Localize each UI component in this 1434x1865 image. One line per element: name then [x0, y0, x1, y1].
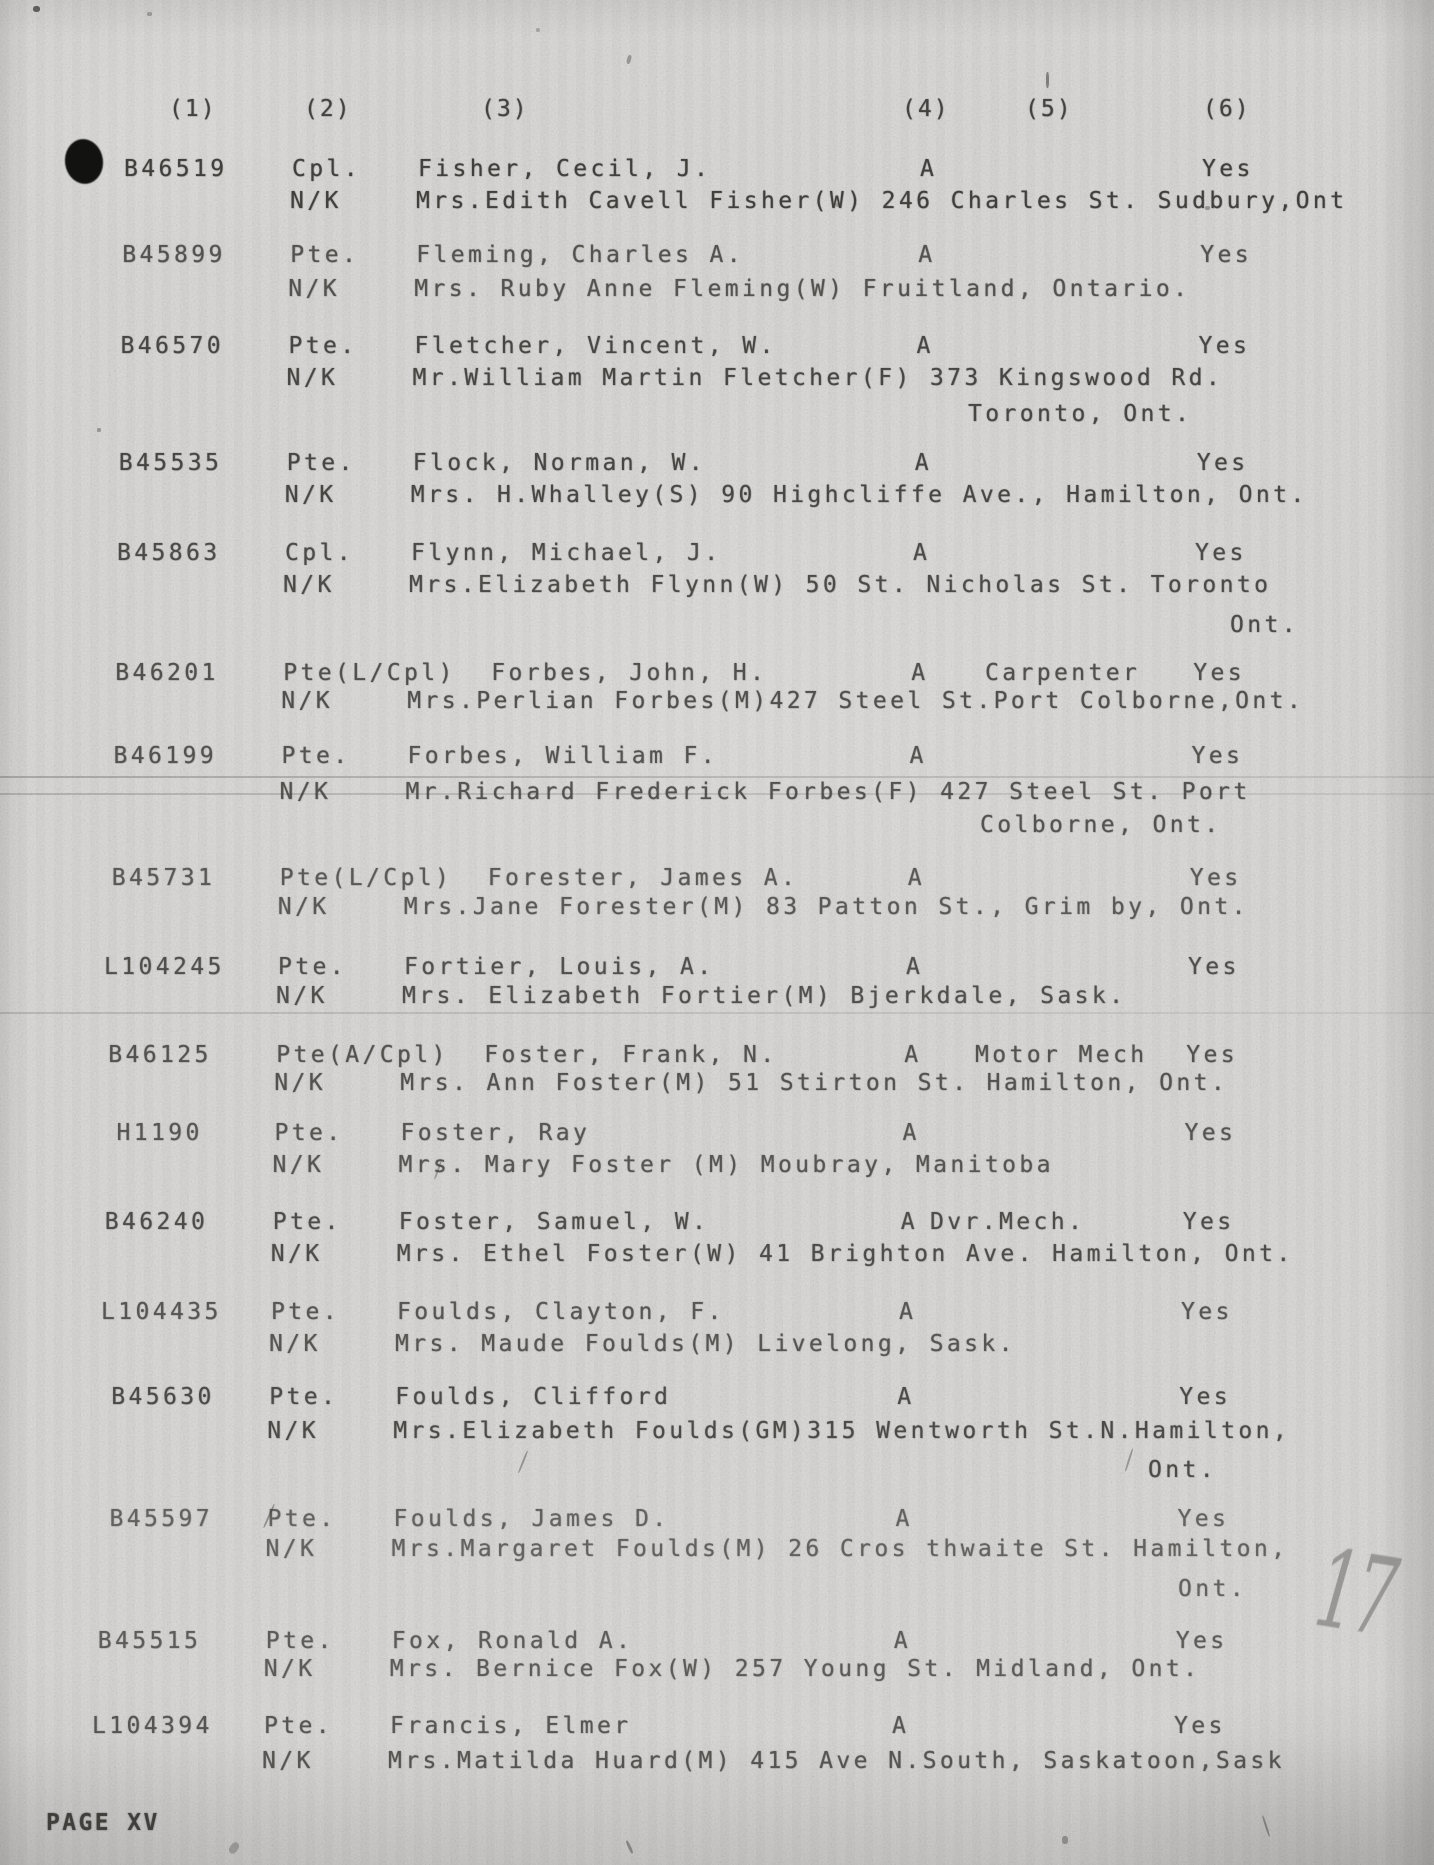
service-number: B45731 — [112, 864, 215, 892]
overseas-flag: Yes — [1176, 1627, 1228, 1655]
next-of-kin: Mrs. Mary Foster (M) Moubray, Manitoba — [399, 1151, 1054, 1179]
nok-label: N/K — [266, 1535, 318, 1563]
nok-label: N/K — [287, 364, 339, 392]
nok-label: N/K — [290, 187, 342, 215]
service-number: L104245 — [104, 953, 225, 981]
soldier-name: Foster, Samuel, W. — [399, 1208, 709, 1236]
service-number: B46201 — [115, 659, 218, 687]
rank: Pte. — [269, 1383, 338, 1411]
category: A — [917, 332, 934, 360]
overseas-flag: Yes — [1178, 1505, 1230, 1533]
service-number: H1190 — [117, 1119, 203, 1147]
rank: Pte. — [289, 332, 358, 360]
address-continuation: Ont. — [1178, 1575, 1247, 1603]
ink-blot-dot — [62, 137, 106, 187]
rank: Pte. — [290, 241, 359, 269]
rank: Pte. — [264, 1712, 333, 1740]
nok-label: N/K — [288, 275, 340, 303]
service-number: B45535 — [119, 449, 222, 477]
rank: Pte. — [266, 1627, 335, 1655]
rank: Pte. — [273, 1208, 342, 1236]
overseas-flag: Yes — [1190, 864, 1242, 892]
next-of-kin: Mrs.Jane Forester(M) 83 Patton St., Grim… — [404, 893, 1249, 921]
nok-label: N/K — [283, 571, 335, 599]
next-of-kin: Mrs. Elizabeth Fortier(M) Bjerkdale, Sas… — [402, 982, 1126, 1010]
nok-label: N/K — [281, 687, 333, 715]
nok-label: N/K — [278, 893, 330, 921]
rank: Pte. — [271, 1298, 340, 1326]
rank: Pte. — [282, 742, 351, 770]
address-continuation: Ont. — [1148, 1456, 1217, 1484]
service-number: B45597 — [110, 1505, 213, 1533]
rank: Pte(A/Cpl) — [276, 1041, 448, 1069]
category: A — [920, 155, 937, 183]
soldier-name: Forester, James A. — [488, 864, 798, 892]
paper-speck — [536, 28, 540, 32]
paper-speck — [625, 1840, 634, 1854]
soldier-name: Foulds, Clayton, F. — [397, 1298, 725, 1326]
service-number: B45515 — [98, 1627, 201, 1655]
nok-label: N/K — [264, 1655, 316, 1683]
category: A — [910, 742, 927, 770]
soldier-name: Foster, Ray — [401, 1119, 591, 1147]
soldier-name: Flynn, Michael, J. — [411, 539, 721, 567]
ruled-line — [0, 1012, 1434, 1014]
next-of-kin: Mr.William Martin Fletcher(F) 373 Kingsw… — [413, 364, 1224, 392]
next-of-kin: Mrs. Ethel Foster(W) 41 Brighton Ave. Ha… — [397, 1240, 1294, 1268]
next-of-kin: Mr.Richard Frederick Forbes(F) 427 Steel… — [406, 778, 1251, 806]
overseas-flag: Yes — [1186, 1041, 1238, 1069]
next-of-kin: Mrs.Elizabeth Foulds(GM)315 Wentworth St… — [393, 1417, 1290, 1445]
service-number: L104435 — [101, 1298, 222, 1326]
overseas-flag: Yes — [1185, 1119, 1237, 1147]
overseas-flag: Yes — [1179, 1383, 1231, 1411]
rank: Cpl. — [285, 539, 354, 567]
soldier-name: Fletcher, Vincent, W. — [415, 332, 777, 360]
paper-speck — [1124, 1448, 1133, 1471]
nok-label: N/K — [271, 1240, 323, 1268]
next-of-kin: Mrs. Ruby Anne Fleming(W) Fruitland, Ont… — [414, 275, 1190, 303]
address-continuation: Toronto, Ont. — [968, 400, 1192, 428]
trade: Carpenter — [985, 659, 1140, 687]
column-header: (5) — [1025, 95, 1073, 123]
category: A — [896, 1505, 913, 1533]
service-number: B46199 — [114, 742, 217, 770]
page-footer-label: PAGE XV — [46, 1810, 160, 1836]
next-of-kin: Mrs.Elizabeth Flynn(W) 50 St. Nicholas S… — [409, 571, 1271, 599]
category: A — [897, 1383, 914, 1411]
soldier-name: Fortier, Louis, A. — [404, 953, 714, 981]
soldier-name: Forbes, William F. — [408, 742, 718, 770]
next-of-kin: Mrs. H.Whalley(S) 90 Highcliffe Ave., Ha… — [411, 481, 1308, 509]
nok-label: N/K — [276, 982, 328, 1010]
nok-label: N/K — [273, 1151, 325, 1179]
category: A — [918, 241, 935, 269]
category: A — [901, 1208, 918, 1236]
rank: Pte(L/Cpl) — [280, 864, 452, 892]
overseas-flag: Yes — [1195, 539, 1247, 567]
soldier-name: Fox, Ronald A. — [392, 1627, 633, 1655]
overseas-flag: Yes — [1197, 449, 1249, 477]
next-of-kin: Mrs. Ann Foster(M) 51 Stirton St. Hamilt… — [400, 1069, 1228, 1097]
next-of-kin: Mrs.Margaret Foulds(M) 26 Cros thwaite S… — [392, 1535, 1289, 1563]
rank: Pte. — [275, 1119, 344, 1147]
overseas-flag: Yes — [1174, 1712, 1226, 1740]
paper-speck — [1062, 1836, 1068, 1844]
column-header: (4) — [902, 95, 950, 123]
category: A — [911, 659, 928, 687]
category: A — [892, 1712, 909, 1740]
address-continuation: Colborne, Ont. — [980, 811, 1221, 839]
nok-label: N/K — [262, 1747, 314, 1775]
service-number: B45899 — [122, 241, 225, 269]
handwritten-page-number: 17 — [1309, 1535, 1400, 1653]
paper-speck — [1262, 1815, 1271, 1837]
soldier-name: Foulds, James D. — [394, 1505, 670, 1533]
address-continuation: Ont. — [1230, 611, 1299, 639]
category: A — [913, 539, 930, 567]
paper-speck — [1046, 72, 1049, 88]
soldier-name: Foster, Frank, N. — [484, 1041, 777, 1069]
soldier-name: Foulds, Clifford — [395, 1383, 671, 1411]
overseas-flag: Yes — [1193, 659, 1245, 687]
rank: Pte. — [278, 953, 347, 981]
nok-label: N/K — [280, 778, 332, 806]
trade: Dvr.Mech. — [930, 1208, 1085, 1236]
nok-label: N/K — [267, 1417, 319, 1445]
soldier-name: Flock, Norman, W. — [413, 449, 706, 477]
service-number: B45863 — [117, 539, 220, 567]
rank: Cpl. — [292, 155, 361, 183]
service-number: B46125 — [108, 1041, 211, 1069]
next-of-kin: Mrs.Perlian Forbes(M)427 Steel St.Port C… — [407, 687, 1304, 715]
category: A — [908, 864, 925, 892]
scanned-document-page: (1)(2)(3)(4)(5)(6) B46519Cpl.Fisher, Cec… — [0, 0, 1434, 1865]
paper-speck — [626, 55, 632, 65]
rank: Pte. — [268, 1505, 337, 1533]
service-number: L104394 — [92, 1712, 213, 1740]
paper-speck — [518, 1450, 529, 1473]
category: A — [904, 1041, 921, 1069]
service-number: B45630 — [111, 1383, 214, 1411]
overseas-flag: Yes — [1188, 953, 1240, 981]
next-of-kin: Mrs.Edith Cavell Fisher(W) 246 Charles S… — [416, 187, 1347, 215]
category: A — [903, 1119, 920, 1147]
next-of-kin: Mrs. Maude Foulds(M) Livelong, Sask. — [395, 1330, 1016, 1358]
next-of-kin: Mrs. Bernice Fox(W) 257 Young St. Midlan… — [390, 1655, 1201, 1683]
service-number: B46240 — [105, 1208, 208, 1236]
soldier-name: Francis, Elmer — [390, 1712, 631, 1740]
rank: Pte. — [287, 449, 356, 477]
category: A — [899, 1298, 916, 1326]
service-number: B46570 — [121, 332, 224, 360]
service-number: B46519 — [124, 155, 227, 183]
overseas-flag: Yes — [1192, 742, 1244, 770]
category: A — [915, 449, 932, 477]
overseas-flag: Yes — [1183, 1208, 1235, 1236]
trade: Motor Mech — [975, 1041, 1147, 1069]
category: A — [894, 1627, 911, 1655]
column-header: (3) — [481, 95, 529, 123]
paper-speck — [227, 1841, 240, 1855]
paper-speck — [97, 428, 101, 432]
soldier-name: Forbes, John, H. — [491, 659, 767, 687]
next-of-kin: Mrs.Matilda Huard(M) 415 Ave N.South, Sa… — [388, 1747, 1285, 1775]
overseas-flag: Yes — [1202, 155, 1254, 183]
nok-label: N/K — [274, 1069, 326, 1097]
paper-speck — [33, 6, 40, 12]
overseas-flag: Yes — [1200, 241, 1252, 269]
soldier-name: Fisher, Cecil, J. — [418, 155, 711, 183]
category: A — [906, 953, 923, 981]
overseas-flag: Yes — [1181, 1298, 1233, 1326]
nok-label: N/K — [269, 1330, 321, 1358]
column-header: (6) — [1203, 95, 1251, 123]
rank: Pte(L/Cpl) — [283, 659, 455, 687]
paper-speck — [147, 12, 152, 16]
column-header: (1) — [169, 95, 217, 123]
overseas-flag: Yes — [1199, 332, 1251, 360]
nok-label: N/K — [285, 481, 337, 509]
soldier-name: Fleming, Charles A. — [416, 241, 744, 269]
column-header: (2) — [304, 95, 352, 123]
